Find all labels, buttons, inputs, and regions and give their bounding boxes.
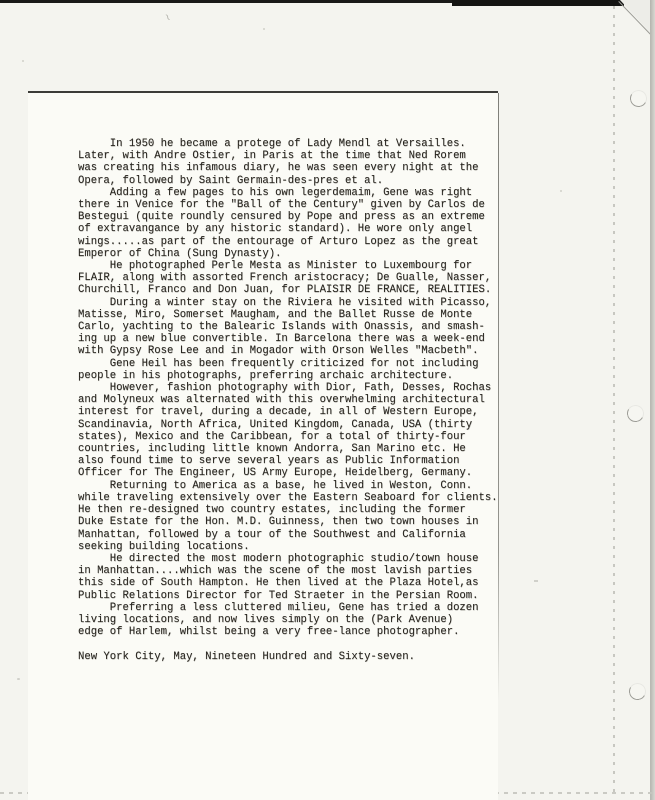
text-line: Emperor of China (Sung Dynasty).: [78, 248, 498, 260]
text-line: Scandinavia, North Africa, United Kingdo…: [78, 419, 498, 431]
text-line: states), Mexico and the Caribbean, for a…: [78, 431, 498, 443]
text-line: Manhattan, followed by a tour of the Sou…: [78, 529, 498, 541]
text-line: Officer for The Engineer, US Army Europe…: [78, 467, 498, 479]
text-line: Duke Estate for the Hon. M.D. Guinness, …: [78, 516, 498, 528]
text-line: with Gypsy Rose Lee and in Mogador with …: [78, 345, 498, 357]
text-line: in Manhattan....which was the scene of t…: [78, 565, 498, 577]
text-line: this side of South Hampton. He then live…: [78, 577, 498, 589]
text-line: was creating his infamous diary, he was …: [78, 162, 498, 174]
scanner-edge-bar-thick: [452, 0, 624, 6]
text-line: edge of Harlem, whilst being a very free…: [78, 626, 498, 638]
text-line: Public Relations Director for Ted Straet…: [78, 590, 498, 602]
text-line: During a winter stay on the Riviera he v…: [78, 297, 498, 309]
text-line: Gene Heil has been frequently criticized…: [78, 358, 498, 370]
text-line: Later, with Andre Ostier, in Paris at th…: [78, 150, 498, 162]
text-line: seeking building locations.: [78, 541, 498, 553]
text-line: and Molyneux was alternated with this ov…: [78, 394, 498, 406]
text-line: while traveling extensively over the Eas…: [78, 492, 498, 504]
text-line: However, fashion photography with Dior, …: [78, 382, 498, 394]
binder-hole-middle: [625, 403, 646, 424]
text-line: In 1950 he became a protege of Lady Mend…: [78, 138, 498, 150]
typed-page: In 1950 he became a protege of Lady Mend…: [28, 91, 498, 800]
text-line: countries, including little known Andorr…: [78, 443, 498, 455]
text-line: living locations, and now lives simply o…: [78, 614, 498, 626]
sheet-right-edge-line: [650, 30, 651, 800]
dust-speck: [560, 190, 562, 192]
text-line: wings.....as part of the entourage of Ar…: [78, 236, 498, 248]
text-line: Bestegui (quite roundly censured by Pope…: [78, 211, 498, 223]
binder-hole-top: [628, 88, 649, 109]
text-line: also found time to serve several years a…: [78, 455, 498, 467]
text-line: there in Venice for the "Ball of the Cen…: [78, 199, 498, 211]
scanned-document-screenshot: { "scan": { "colors": { "paper_outer": "…: [0, 0, 655, 800]
typed-text-block: In 1950 he became a protege of Lady Mend…: [78, 138, 498, 663]
text-line: FLAIR, along with assorted French aristo…: [78, 272, 498, 284]
text-line: of extravangance by any historic standar…: [78, 223, 498, 235]
text-line: Preferring a less cluttered milieu, Gene…: [78, 602, 498, 614]
dust-speck: [22, 60, 24, 62]
dateline: New York City, May, Nineteen Hundred and…: [78, 651, 498, 663]
perforated-edge-line: [613, 6, 615, 792]
text-line: Returning to America as a base, he lived…: [78, 480, 498, 492]
dust-squiggle: ~: [160, 11, 174, 24]
text-line: Churchill, Franco and Don Juan, for PLAI…: [78, 284, 498, 296]
binder-hole-bottom: [627, 681, 648, 702]
dust-speck: [263, 28, 265, 30]
text-line: Opera, followed by Saint Germain-des-pre…: [78, 175, 498, 187]
dust-speck: [534, 580, 538, 582]
dust-speck: [17, 678, 20, 680]
text-line: Matisse, Miro, Somerset Maugham, and the…: [78, 309, 498, 321]
text-line: He then re-designed two country estates,…: [78, 504, 498, 516]
page-right-edge-shadow: [498, 93, 500, 701]
text-line: ing up a new blue convertible. In Barcel…: [78, 333, 498, 345]
typed-lines: In 1950 he became a protege of Lady Mend…: [78, 138, 498, 638]
text-line: people in his photographs, preferring ar…: [78, 370, 498, 382]
text-line: Adding a few pages to his own legerdemai…: [78, 187, 498, 199]
text-line: He directed the most modern photographic…: [78, 553, 498, 565]
text-line: Carlo, yachting to the Balearic Islands …: [78, 321, 498, 333]
text-line: He photographed Perle Mesta as Minister …: [78, 260, 498, 272]
text-line: interest for travel, during a decade, in…: [78, 406, 498, 418]
